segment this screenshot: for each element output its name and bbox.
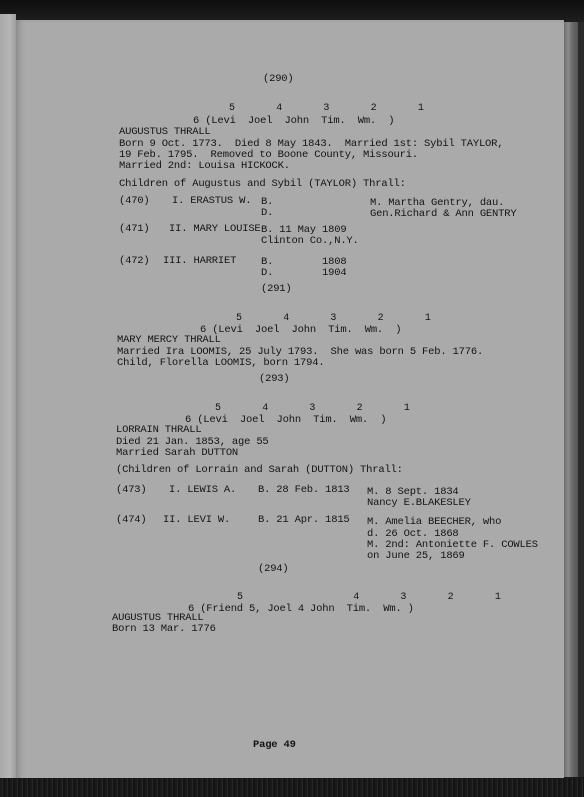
child-id: (471) — [119, 223, 150, 235]
entry-number: (290) — [263, 73, 294, 85]
child-date: D. 1904 — [261, 267, 346, 279]
scan-bottom-border — [0, 778, 584, 797]
entry-line: Married Sarah DUTTON — [116, 447, 238, 459]
child-note: Gen.Richard & Ann GENTRY — [370, 208, 516, 220]
generation-numbers: 5 4 3 2 1 — [229, 103, 424, 115]
child-note: Nancy E.BLAKESLEY — [367, 497, 471, 509]
child-date: D. — [261, 207, 273, 219]
child-date: Clinton Co.,N.Y. — [261, 235, 359, 247]
lineage: 6 (Friend 5, Joel 4 John Tim. Wm. ) — [188, 603, 414, 615]
entry-line: Married 2nd: Louisa HICKOCK. — [119, 160, 290, 172]
page-number: Page 49 — [253, 739, 296, 751]
entry-number: (291) — [261, 283, 292, 295]
page-fold-left — [0, 14, 16, 782]
children-heading: Children of Augustus and Sybil (TAYLOR) … — [119, 178, 406, 190]
lineage: 6 (Levi Joel John Tim. Wm. ) — [193, 115, 394, 127]
child-name: I. LEWIS A. — [169, 484, 236, 496]
entry-number: (293) — [259, 373, 290, 385]
child-name: I. ERASTUS W. — [172, 195, 251, 207]
entry-number: (294) — [258, 563, 289, 575]
child-id: (470) — [119, 195, 150, 207]
child-note: on June 25, 1869 — [367, 550, 465, 562]
entry-line: Child, Florella LOOMIS, born 1794. — [117, 357, 324, 369]
child-date: B. 28 Feb. 1813 — [258, 484, 350, 496]
children-heading: (Children of Lorrain and Sarah (DUTTON) … — [116, 464, 403, 476]
person-name: AUGUSTUS THRALL — [119, 126, 211, 138]
person-name: MARY MERCY THRALL — [117, 334, 221, 346]
child-note: M. Amelia BEECHER, who — [367, 516, 501, 528]
child-date: B. 21 Apr. 1815 — [258, 514, 350, 526]
child-id: (472) — [119, 255, 150, 267]
scan-top-border — [0, 0, 584, 22]
child-name: II. LEVI W. — [163, 514, 230, 526]
page-stack-edge — [564, 22, 578, 777]
lineage: 6 (Levi Joel John Tim. Wm. ) — [200, 324, 401, 336]
child-name: III. HARRIET — [163, 255, 236, 267]
child-id: (474) — [116, 514, 147, 526]
person-name: LORRAIN THRALL — [116, 424, 201, 436]
child-id: (473) — [116, 484, 147, 496]
lineage: 6 (Levi Joel John Tim. Wm. ) — [185, 414, 386, 426]
child-name: II. MARY LOUISE — [169, 223, 261, 235]
entry-line: Born 13 Mar. 1776 — [112, 623, 216, 635]
document-page — [16, 20, 564, 782]
